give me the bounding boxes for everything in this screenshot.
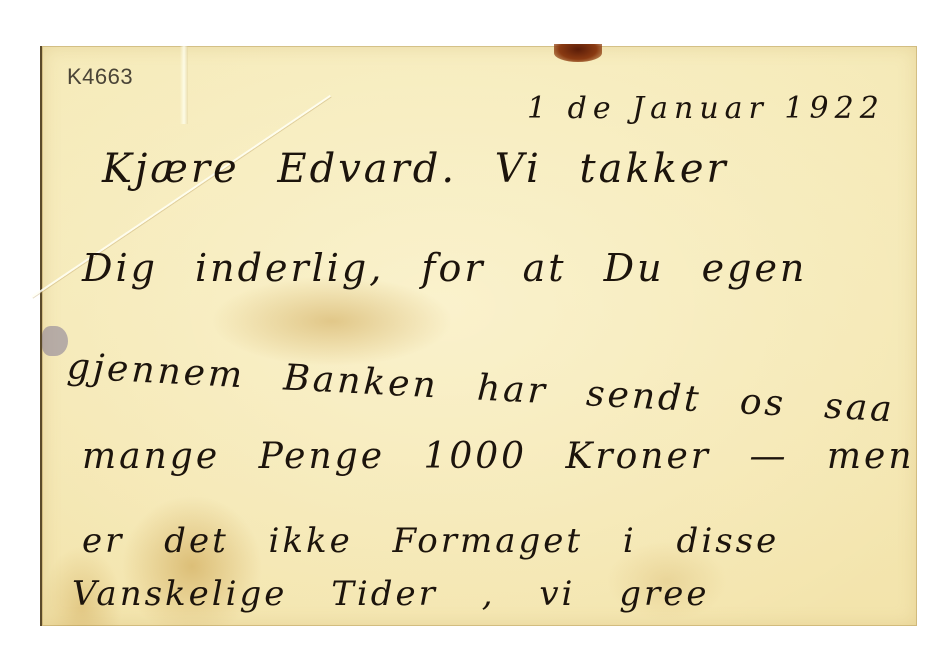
letter-line-1: Kjære Edvard. Vi takker: [102, 146, 729, 192]
dark-stain: [554, 44, 602, 62]
catalog-id: K4663: [67, 64, 133, 90]
scanned-document: K4663 1 de Januar 1922 Kjære Edvard. Vi …: [0, 0, 950, 655]
paper-card: K4663 1 de Januar 1922 Kjære Edvard. Vi …: [40, 46, 917, 626]
grey-stain: [42, 326, 68, 356]
vertical-crease: [180, 46, 188, 124]
letter-line-5: er det ikke Formaget i disse: [82, 521, 779, 561]
letter-line-6: Vanskelige Tider , vi gree: [72, 574, 709, 614]
letter-date: 1 de Januar 1922: [527, 91, 885, 126]
letter-line-3: gjennem Banken har sendt os saa: [66, 346, 896, 430]
letter-line-2: Dig inderlig, for at Du egen: [82, 246, 807, 290]
letter-line-4: mange Penge 1000 Kroner — men: [82, 436, 915, 477]
